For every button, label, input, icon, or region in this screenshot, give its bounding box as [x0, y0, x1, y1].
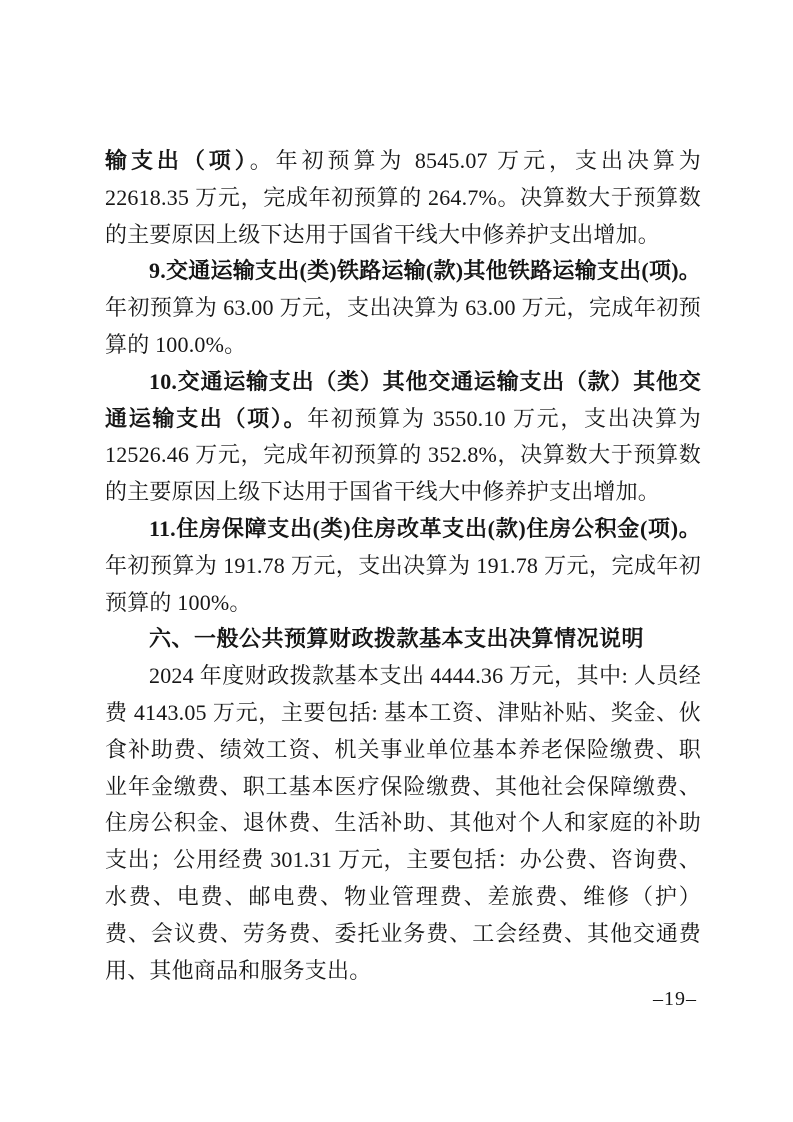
paragraph-body-text: 年初预算为 63.00 万元，支出决算为 63.00 万元，完成年初预算的 10…	[105, 295, 701, 357]
paragraph-bold-lead: 11.住房保障支出(类)住房改革支出(款)住房公积金(项)。	[149, 516, 701, 541]
document-page: 输支出（项）。年初预算为 8545.07 万元，支出决算为 22618.35 万…	[0, 0, 793, 1122]
page-content: 输支出（项）。年初预算为 8545.07 万元，支出决算为 22618.35 万…	[105, 143, 701, 989]
paragraph-other-road-transport-continued: 输支出（项）。年初预算为 8545.07 万元，支出决算为 22618.35 万…	[105, 143, 701, 253]
paragraph-bold-lead: 输支出（项）	[105, 148, 250, 173]
paragraph-item-9-railway-transport: 9.交通运输支出(类)铁路运输(款)其他铁路运输支出(项)。年初预算为 63.0…	[105, 253, 701, 363]
paragraph-item-10-other-transport: 10.交通运输支出（类）其他交通运输支出（款）其他交通运输支出（项）。年初预算为…	[105, 364, 701, 511]
paragraph-body-text: 年初预算为 191.78 万元，支出决算为 191.78 万元，完成年初预算的 …	[105, 553, 701, 615]
page-number: –19–	[653, 988, 697, 1011]
paragraph-basic-expense-detail: 2024 年度财政拨款基本支出 4444.36 万元，其中: 人员经费 4143…	[105, 658, 701, 989]
paragraph-item-11-housing-fund: 11.住房保障支出(类)住房改革支出(款)住房公积金(项)。年初预算为 191.…	[105, 511, 701, 621]
paragraph-bold-lead: 9.交通运输支出(类)铁路运输(款)其他铁路运输支出(项)。	[149, 258, 701, 283]
section-heading-six-basic-expense: 六、一般公共预算财政拨款基本支出决算情况说明	[105, 621, 701, 658]
